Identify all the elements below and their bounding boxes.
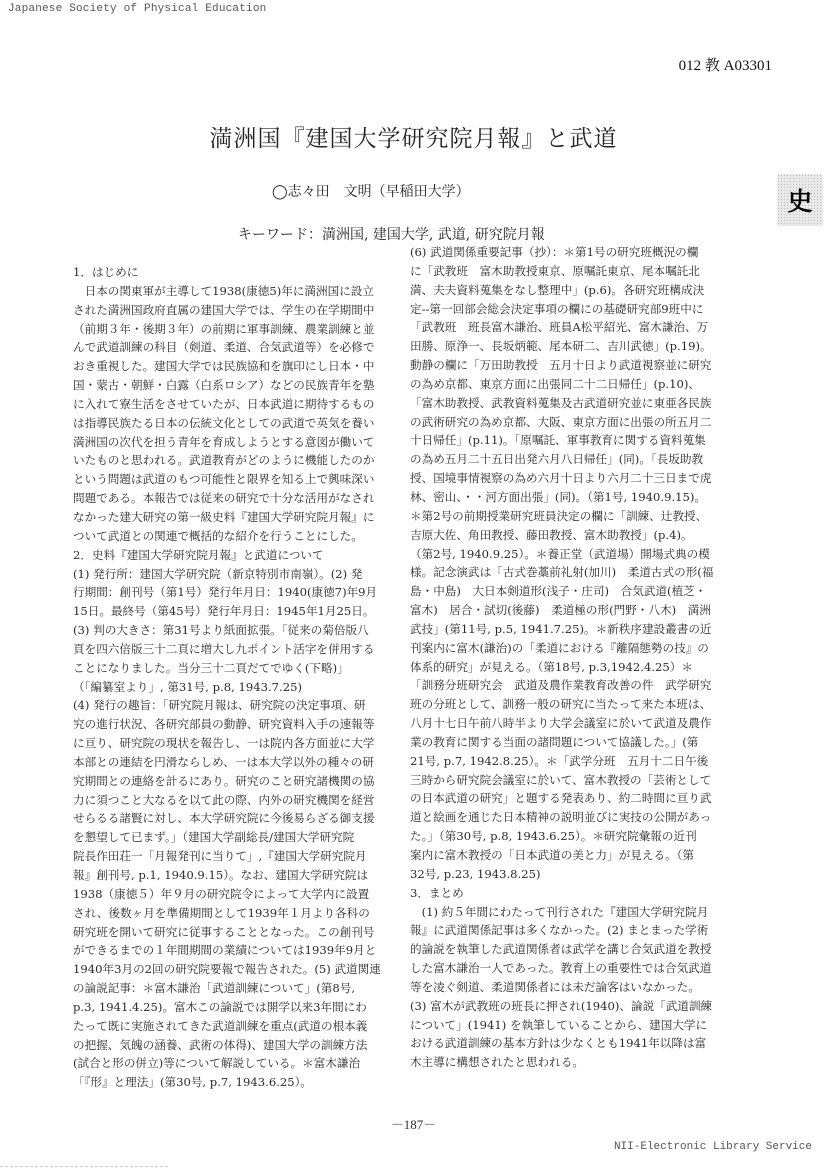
text-line: 21号, p.7, 1942.8.25）。＊「武学分班 五月十二日午後 (410, 752, 760, 771)
author-line: ◯志々田 文明（早稲田大学） (272, 181, 470, 201)
text-line: 授、国境事情視察の為め六月十日より六月二十三日まで虎 (410, 469, 760, 488)
category-tag-label: 史 (787, 182, 812, 218)
text-line: 体系的研究」が見える。（第18号, p.3,1942.4.25）＊ (410, 658, 760, 677)
text-line: 八月十七日午前八時半より大学会議室に於いて武道及農作 (410, 714, 760, 733)
text-line: 道と絵画を通じた日本精神の説明並びに実技の公開があっ (410, 808, 760, 827)
page-number: －187－ (0, 1114, 827, 1133)
text-line: 刊案内に富木(謙治)の「柔道における『離隔態勢の技』の (410, 639, 760, 658)
text-line: (試合と形の併立)等について解説している。＊富木謙治 (73, 1054, 403, 1073)
text-line: (6) 武道関係重要記事（抄）：＊第1号の研究班概況の欄 (410, 243, 760, 262)
text-line: 武技」(第11号, p.5, 1941.7.25)。＊新秩序建設叢書の近 (410, 620, 760, 639)
text-line: 「富木助教授、武教資料蒐集及古武道研究並に東亜各民族 (410, 394, 760, 413)
text-line: 「武教班 班長富木謙治、班員A松平紹光、富木謙治、万 (410, 318, 760, 337)
text-line: おき重視した。建国大学では民族協和を旗印にし日本・中 (73, 357, 403, 376)
text-line: という問題は武道のもつ可能性と限界を知る上で興味深い (73, 470, 403, 489)
text-line: について」(1941) を執筆していることから、建国大学に (410, 1016, 760, 1035)
text-line: 力に須つこと大なるを以て此の際、内外の研究機関を経営 (73, 791, 403, 810)
text-line: （前期３年・後期３年）の前期に軍事訓練、農業訓練と並 (73, 320, 403, 339)
text-line: 1．はじめに (73, 263, 403, 282)
text-line: んで武道訓練の科目（剣道、柔道、合気武道等）を必修で (73, 338, 403, 357)
text-line: 動静の欄に「万田助教授 五月十日より武道視察並に研究 (410, 356, 760, 375)
text-line: 国・蒙古・朝鮮・白露（白系ロシア）などの民族青年を塾 (73, 376, 403, 395)
text-line: ついて武道との関連で概括的な紹介を行うことにした。 (73, 527, 403, 546)
text-line: した富木謙治一人であった。教育上の重要性では合気武道 (410, 959, 760, 978)
text-line: （第2号, 1940.9.25）。＊養正堂（武道場）開場式典の模 (410, 545, 760, 564)
text-line: 1940年3月の2回の研究院要報で報告された。(5) 武道関連 (73, 960, 403, 979)
text-line: (4) 発行の趣旨：「研究院月報は、研究院の決定事項、研 (73, 696, 403, 715)
text-line: の為め京都、東京方面に出張同二十二日帰任」(p.10)、 (410, 375, 760, 394)
text-line: ＊第2号の前期授業研究班員決定の欄に「訓練、辻教授、 (410, 507, 760, 526)
text-line: 研究班を開いて研究に従事することとなった。この創刊号 (73, 923, 403, 942)
text-line: を懇望して已まず。」（建国大学副総長/建国大学研究院 (73, 828, 403, 847)
text-line: 1938（康徳５）年９月の研究院令によって大学内に設置 (73, 885, 403, 904)
paper-code: 012 教 A03301 (679, 54, 772, 75)
text-line: の為め五月二十五日出発六月八日帰任」(同)。「長坂助教 (410, 450, 760, 469)
text-line: に入れて寮生活をさせていたが、日本武道に期待するもの (73, 395, 403, 414)
text-line: 報』創刊号, p.1, 1940.9.15）。なお、建国大学研究院は (73, 866, 403, 885)
text-line: おける武道訓練の基本方針は少なくとも1941年以降は富 (410, 1034, 760, 1053)
page-title: 満洲国『建国大学研究院月報』と武道 (0, 120, 827, 153)
text-line: (3) 判の大きさ：第31号より紙面拡張。「従来の菊倍版八 (73, 621, 403, 640)
text-line: 島・中島) 大日本剣道形(浅子・庄司) 合気武道(植芝・ (410, 582, 760, 601)
text-line: 様。記念演武は「古式巻藁前礼射(加川) 柔道古式の形(福 (410, 563, 760, 582)
text-line: (3) 富木が武教班の班長に押され(1940)、論説「武道訓練 (410, 997, 760, 1016)
text-line: 32号, p.23, 1943.8.25) (410, 865, 760, 884)
text-line: 院長作田荘一「月報発刊に当りて」,『建国大学研究院月 (73, 847, 403, 866)
scan-artifact-line (0, 1166, 170, 1167)
text-line: （「編纂室より」, 第31号, p.8, 1943.7.25) (73, 678, 403, 697)
text-line: 的論説を執筆した武道関係者は武学を講じ合気武道を教授 (410, 940, 760, 959)
text-line: 「『形』と理法」(第30号, p.7, 1943.6.25）。 (73, 1073, 403, 1092)
text-line: の把握、気魄の涵養、武術の体得)、建国大学の訓練方法 (73, 1036, 403, 1055)
text-line: 木主導に構想されたと思われる。 (410, 1053, 760, 1072)
text-line: た。」（第30号, p.8, 1943.6.25）。＊研究院彙報の近刊 (410, 827, 760, 846)
right-column: (6) 武道関係重要記事（抄）：＊第1号の研究班概況の欄に「武教班 富木助教授東… (410, 243, 760, 1072)
text-line: され、後数ヶ月を準備期間として1939年１月より各科の (73, 904, 403, 923)
text-line: なかった建大研究の第一級史料『建国大学研究院月報』に (73, 508, 403, 527)
text-line: 吉原大佐、角田教授、藤田教授、富木助教授」(p.4)。 (410, 526, 760, 545)
text-line: p.3, 1941.4.25)。富木この論説では開学以来3年間にわ (73, 998, 403, 1017)
text-line: せらるる諸賢に対し、本大学研究院に今後易らざる御支援 (73, 809, 403, 828)
text-line: ことになりました。当分三十二頁だてでゆく(下略)」 (73, 659, 403, 678)
text-line: の論説記事：＊富木謙治「武道訓練について」(第8号, (73, 979, 403, 998)
text-line: された満洲国政府直属の建国大学では、学生の在学期間中 (73, 301, 403, 320)
text-line: 問題である。本報告では従来の研究で十分な活用がなされ (73, 489, 403, 508)
text-line: 定--第一回部会総会決定事項の欄にの基礎研究部9班中に (410, 300, 760, 319)
text-line: 3．まとめ (410, 884, 760, 903)
text-line: 十日帰任」(p.11)。「原嘱託、軍事教育に関する資料蒐集 (410, 431, 760, 450)
category-tag: 史 (777, 174, 823, 226)
text-line: の武術研究の為め京都、大阪、東京方面に出張の所五月二 (410, 413, 760, 432)
text-line: 案内に富木教授の「日本武道の美と力」が見える。（第 (410, 846, 760, 865)
society-header: Japanese Society of Physical Education (8, 3, 266, 15)
text-line: 三時から研究院会議室に於いて、富木教授の「芸術として (410, 771, 760, 790)
text-line: 頁を四六倍版三十二頁に増大し九ポイント活字を併用する (73, 640, 403, 659)
text-line: 林、密山、・・河方面出張」(同)。（第1号, 1940.9.15)。 (410, 488, 760, 507)
text-line: 等を凌ぐ剣道、柔道関係者には未だ論客はいなかった。 (410, 978, 760, 997)
text-line: 業の教育に関する当面の諸問題について協議した。」(第 (410, 733, 760, 752)
library-service-footer: NII-Electronic Library Service (614, 1141, 812, 1153)
text-line: 究期間との連絡を計るにあり。研究のこと研究諸機関の協 (73, 772, 403, 791)
text-line: 富木) 居合・試切(後藤) 柔道極の形(門野・八木) 満洲 (410, 601, 760, 620)
text-line: 行期間：創刊号（第1号）発行年月日：1940(康徳7)年9月 (73, 583, 403, 602)
text-line: 2．史料『建国大学研究院月報』と武道について (73, 546, 403, 565)
text-line: 満洲国の次代を担う青年を育成しようとする意図が働いて (73, 433, 403, 452)
title-text: 満洲国『建国大学研究院月報』と武道 (210, 120, 618, 153)
text-line: 15日。最終号（第45号）発行年月日：1945年1月25日。 (73, 602, 403, 621)
left-column: 1．はじめに 日本の関東軍が主導して1938(康徳5)年に満洲国に設立された満洲… (73, 263, 403, 1092)
text-line: (1) 発行所：建国大学研究院（新京特別市南嶺）。(2) 発 (73, 565, 403, 584)
text-line: の日本武道の研究」と題する発表あり、約二時間に亘り武 (410, 789, 760, 808)
text-line: 本部との連結を円滑ならしめ、一は本大学以外の種々の研 (73, 753, 403, 772)
text-line: は指導民族たる日本の伝統文化としての武道で英気を養い (73, 414, 403, 433)
text-line: 班の分班として、訓務一般の研究に当たって来た本班は、 (410, 695, 760, 714)
text-line: いたものと思われる。武道教育がどのように機能したのか (73, 451, 403, 470)
keywords-line: キーワード：満洲国, 建国大学, 武道, 研究院月報 (238, 224, 545, 244)
text-line: に亘り、研究院の現状を報告し、一は院内各方面並に大学 (73, 734, 403, 753)
text-line: 究の進行状況、各研究部員の動静、研究資料入手の速報等 (73, 715, 403, 734)
text-line: に「武教班 富木助教授東京、原嘱託東京、尾本嘱託北 (410, 262, 760, 281)
text-line: たって既に実施されてきた武道訓練を重点(武道の根本義 (73, 1017, 403, 1036)
text-line: 田勝、原浄一、長坂炳範、尾本研二、吉川武徳」(p.19)。 (410, 337, 760, 356)
text-line: 報』に武道関係記事は多くなかった。(2) まとまった学術 (410, 921, 760, 940)
text-line: 満、夫夫資料蒐集をなし整理中」(p.6)。各研究班構成決 (410, 281, 760, 300)
text-line: 「訓務分班研究会 武道及農作業教育改善の件 武学研究 (410, 676, 760, 695)
text-line: (1) 約５年間にわたって刊行された『建国大学研究院月 (410, 903, 760, 922)
text-line: ができるまでの１年間期間の業績については1939年9月と (73, 941, 403, 960)
text-line: 日本の関東軍が主導して1938(康徳5)年に満洲国に設立 (73, 282, 403, 301)
